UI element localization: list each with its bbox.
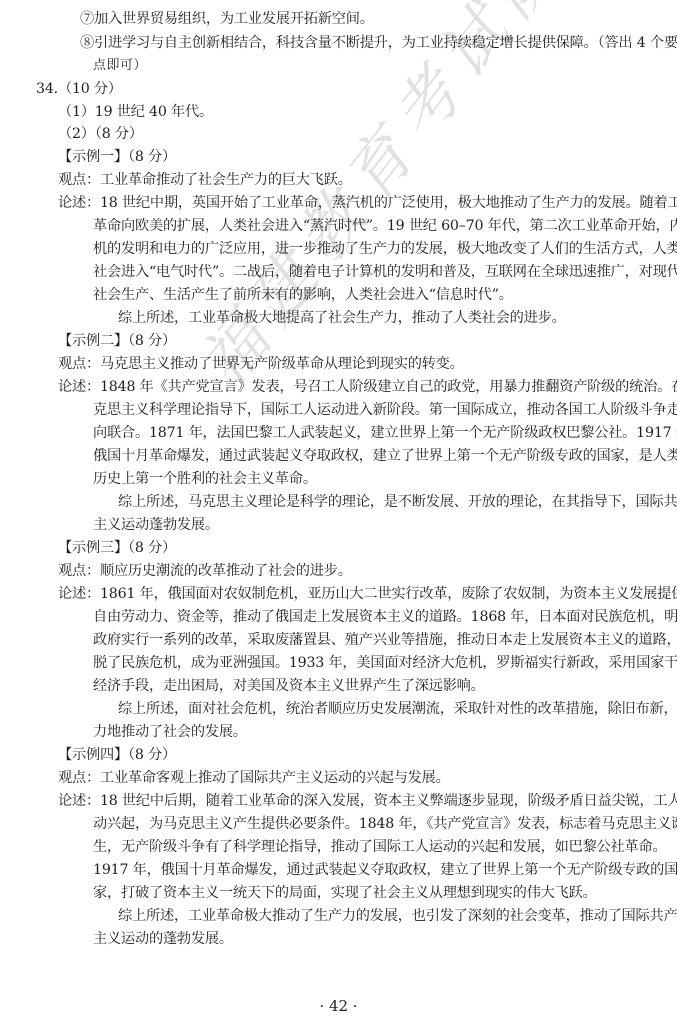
text-line: （2）（8 分） [58,124,143,144]
text-line: 论述：18 世纪中期，英国开始了工业革命，蒸汽机的广泛使用，极大地推动了生产力的… [58,193,662,213]
document-page: 福建教育考试院 ⑦加入世界贸易组织，为工业发展开拓新空间。⑧引进学习与自主创新相… [0,0,677,1032]
text-line: 【示例四】（8 分） [58,745,176,765]
text-line: 论述：1861 年，俄国面对农奴制危机，亚历山大二世实行改革，废除了农奴制，为资… [58,584,662,604]
text-line: 观点：马克思主义推动了世界无产阶级革命从理论到现实的转变。 [58,354,464,374]
text-line: 社会生产、生活产生了前所未有的影响，人类社会进入“信息时代”。 [93,285,513,305]
text-line: 观点：工业革命推动了社会生产力的巨大飞跃。 [58,170,352,190]
text-line: 【示例二】（8 分） [58,331,176,351]
text-line: 克思主义科学理论指导下，国际工人运动进入新阶段。第一国际成立，推动各国工人阶级斗… [93,400,662,420]
text-line: ⑦加入世界贸易组织，为工业发展开拓新空间。 [80,9,374,29]
text-line: 【示例三】（8 分） [58,538,176,558]
text-line: 34.（10 分） [36,79,122,99]
text-line: 【示例一】（8 分） [58,147,176,167]
text-line: 论述：1848 年《共产党宣言》发表，号召工人阶级建立自己的政党，用暴力推翻资产… [58,377,662,397]
text-line: ⑧引进学习与自主创新相结合，科技含量不断提升，为工业持续稳定增长提供保障。（答出… [80,33,662,53]
text-line: 脱了民族危机，成为亚洲强国。1933 年，美国面对经济大危机，罗斯福实行新政，采… [93,653,662,673]
text-line: 论述：18 世纪中后期，随着工业革命的深入发展，资本主义弊端逐步显现，阶级矛盾日… [58,791,662,811]
text-line: 观点：顺应历史潮流的改革推动了社会的进步。 [58,561,352,581]
text-line: 向联合。1871 年，法国巴黎工人武装起义，建立世界上第一个无产阶级政权巴黎公社… [93,423,662,443]
text-line: 观点：工业革命客观上推动了国际共产主义运动的兴起与发展。 [58,768,450,788]
text-line: 点即可） [93,56,147,76]
text-line: 生，无产阶级斗争有了科学理论指导，推动了国际工人运动的兴起和发展，如巴黎公社革命… [93,837,662,857]
text-line: （1）19 世纪 40 年代。 [58,102,213,122]
text-line: 主义运动蓬勃发展。 [93,515,219,535]
text-line: 综上所述，工业革命极大推动了生产力的发展，也引发了深刻的社会变革，推动了国际共产 [118,906,662,926]
text-line: 社会进入“电气时代”。二战后，随着电子计算机的发明和普及，互联网在全球迅速推广，… [93,262,662,282]
text-line: 力地推动了社会的发展。 [93,722,247,742]
text-line: 革命向欧美的扩展，人类社会进入“蒸汽时代”。19 世纪 60–70 年代，第二次… [93,216,662,236]
text-line: 家，打破了资本主义一统天下的局面，实现了社会主义从理想到现实的伟大飞跃。 [93,883,597,903]
text-line: 机的发明和电力的广泛应用，进一步推动了生产力的发展，极大地改变了人们的生活方式，… [93,239,662,259]
text-line: 政府实行一系列的改革，采取废藩置县、殖产兴业等措施，推动日本走上发展资本主义的道… [93,630,662,650]
text-line: 动兴起，为马克思主义产生提供必要条件。1848 年，《共产党宣言》发表，标志着马… [93,814,662,834]
text-line: 综上所述，工业革命极大地提高了社会生产力，推动了人类社会的进步。 [118,308,566,328]
text-line: 经济手段，走出困局，对美国及资本主义世界产生了深远影响。 [93,676,485,696]
text-line: 1917 年，俄国十月革命爆发，通过武装起义夺取政权，建立了世界上第一个无产阶级… [93,860,662,880]
text-line: 主义运动的蓬勃发展。 [93,929,233,949]
text-line: 综上所述，马克思主义理论是科学的理论，是不断发展、开放的理论，在其指导下，国际共… [118,492,662,512]
text-line: 历史上第一个胜利的社会主义革命。 [93,469,317,489]
text-line: 自由劳动力、资金等，推动了俄国走上发展资本主义的道路。1868 年，日本面对民族… [93,607,662,627]
text-line: 俄国十月革命爆发，通过武装起义夺取政权，建立了世界上第一个无产阶级专政的国家，是… [93,446,662,466]
text-line: 综上所述，面对社会危机，统治者顺应历史发展潮流，采取针对性的改革措施，除旧布新，… [118,699,662,719]
page-number: · 42 · [0,996,677,1016]
